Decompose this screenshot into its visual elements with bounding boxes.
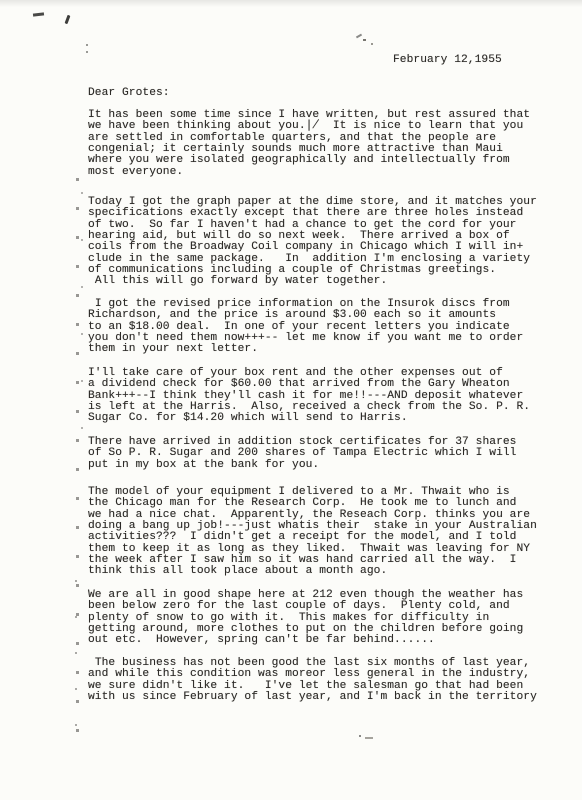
- letter-paragraph-6: The model of your equipment I delivered …: [88, 487, 550, 578]
- left-margin-marks: [81, 192, 83, 442]
- scan-artifact-mark: [33, 12, 44, 16]
- scan-artifact-mark: [65, 15, 71, 24]
- letter-paragraph-8: The business has not been good the last …: [88, 658, 550, 703]
- letter-paragraph-4: I'll take care of your box rent and the …: [88, 368, 550, 425]
- scan-artifact-mark: [86, 44, 88, 53]
- scan-artifact-mark: [359, 735, 361, 737]
- letter-salutation: Dear Grotes:: [88, 88, 170, 99]
- left-margin-marks: [75, 580, 77, 745]
- scan-artifact-smudge: [356, 34, 362, 39]
- scan-artifact-smudge: [371, 43, 373, 45]
- left-margin-marks: [76, 178, 79, 744]
- letter-paragraph-2: Today I got the graph paper at the dime …: [88, 197, 550, 288]
- letter-paragraph-7: We are all in good shape here at 212 eve…: [88, 590, 550, 647]
- scan-artifact-smudge: [363, 39, 366, 41]
- scan-artifact-mark: [365, 737, 373, 739]
- letter-paragraph-3: I got the revised price information on t…: [88, 299, 550, 356]
- letter-date: February 12,1955: [393, 55, 502, 66]
- letter-paragraph-5: There have arrived in addition stock cer…: [88, 437, 550, 471]
- letter-page: February 12,1955 Dear Grotes: It has bee…: [0, 0, 582, 800]
- letter-paragraph-1: It has been some time since I have writt…: [88, 110, 550, 178]
